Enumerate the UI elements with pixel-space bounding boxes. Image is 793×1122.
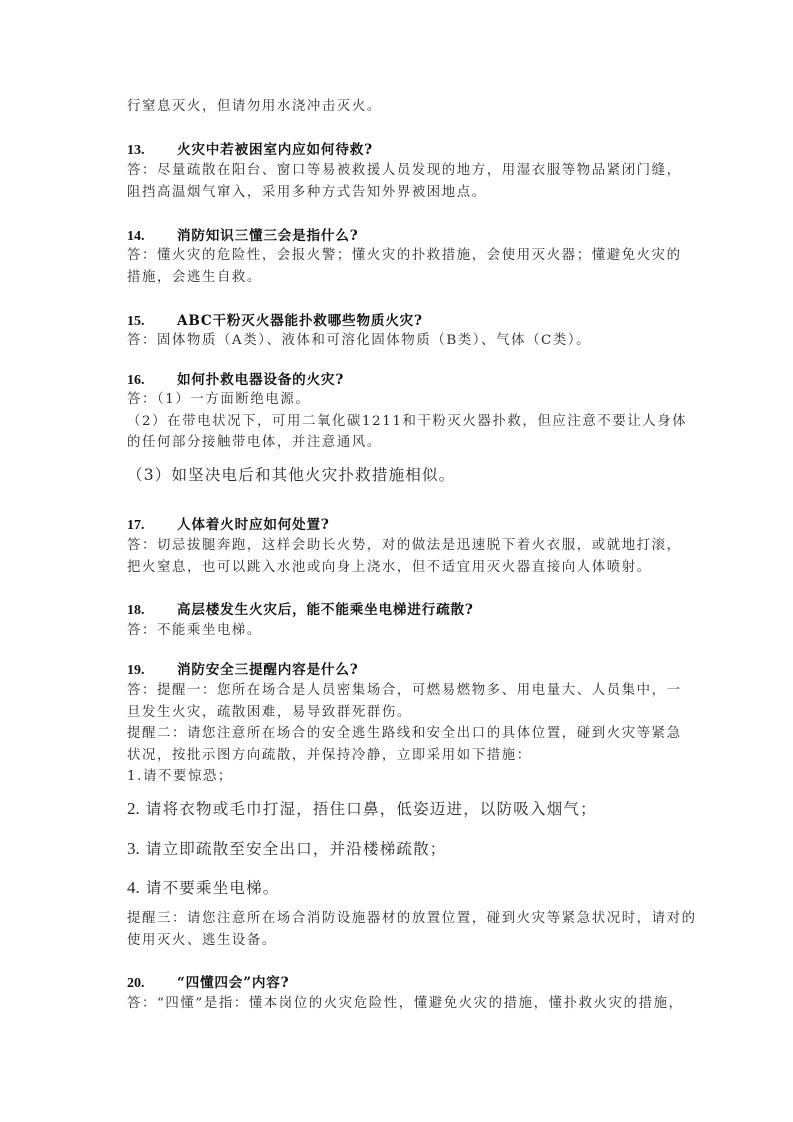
answer-line: 答：（1）一方面断绝电源。 bbox=[127, 391, 310, 409]
measure-number: 4. bbox=[127, 878, 140, 897]
question-17-heading: 17.人体着火时应如何处置? bbox=[127, 516, 330, 535]
question-15-heading: 15.ABC干粉灭火器能扑救哪些物质火灾? bbox=[127, 312, 423, 331]
answer-line: 的任何部分接触带电体，并注意通风。 bbox=[127, 434, 382, 452]
answer-line: （3）如坚决电后和其他火灾扑救措施相似。 bbox=[127, 466, 455, 484]
question-number: 20. bbox=[127, 975, 177, 993]
question-16-heading: 16.如何扑救电器设备的火灾? bbox=[127, 371, 344, 390]
answer-line: 答：切忌拔腿奔跑，这样会助长火势，对的做法是迅速脱下着火衣服，或就地打滚， bbox=[127, 537, 682, 555]
answer-line: 答：懂火灾的危险性，会报火警；懂火灾的扑救措施，会使用灭火器；懂避免火灾的 bbox=[127, 247, 682, 265]
measure-text: 请立即疏散至安全出口，并沿楼梯疏散； bbox=[146, 840, 447, 858]
question-13-heading: 13.火灾中若被困室内应如何待救? bbox=[127, 141, 373, 160]
question-number: 13. bbox=[127, 142, 177, 160]
question-20-heading: 20.“四懂四会”内容? bbox=[127, 974, 289, 993]
answer-line: 把火窒息，也可以跳入水池或向身上浇水，但不适宜用灭火器直接向人体喷射。 bbox=[127, 559, 652, 577]
measure-number: 2. bbox=[127, 799, 140, 818]
measure-item: 4. 请不要乘坐电梯。 bbox=[127, 879, 280, 897]
measure-text: 请不要乘坐电梯。 bbox=[146, 879, 280, 897]
question-title: “四懂四会”内容? bbox=[177, 975, 289, 991]
question-title: 消防安全三提醒内容是什么? bbox=[177, 662, 359, 678]
question-title: 高层楼发生火灾后，能不能乘坐电梯进行疏散? bbox=[177, 602, 474, 618]
answer-line: 使用灭火、逃生设备。 bbox=[127, 932, 277, 950]
continuation-text: 行窒息灭火，但请勿用水浇冲击灭火。 bbox=[127, 98, 382, 116]
document-page: 行窒息灭火，但请勿用水浇冲击灭火。 13.火灾中若被困室内应如何待救? 答：尽量… bbox=[0, 0, 793, 1122]
question-title: ABC干粉灭火器能扑救哪些物质火灾? bbox=[177, 313, 423, 329]
question-19-heading: 19.消防安全三提醒内容是什么? bbox=[127, 661, 359, 680]
answer-line: 答：提醒一：您所在场合是人员密集场合，可燃易燃物多、用电量大、人员集中，一 bbox=[127, 682, 682, 700]
answer-line: 阻挡高温烟气窜入，采用多种方式告知外界被困地点。 bbox=[127, 184, 487, 202]
answer-line: 措施，会逃生自救。 bbox=[127, 269, 262, 287]
answer-line: 旦发生火灾，疏散困难，易导致群死群伤。 bbox=[127, 704, 412, 722]
question-title: 如何扑救电器设备的火灾? bbox=[177, 372, 344, 388]
measure-item: 2. 请将衣物或毛巾打湿，捂住口鼻，低姿迈进，以防吸入烟气； bbox=[127, 800, 597, 818]
question-title: 消防知识三懂三会是指什么? bbox=[177, 228, 359, 244]
answer-line: 提醒二：请您注意所在场合的安全逃生路线和安全出口的具体位置，碰到火灾等紧急 bbox=[127, 725, 682, 743]
answer-line: 答：不能乘坐电梯。 bbox=[127, 622, 262, 640]
answer-line: （2）在带电状况下，可用二氧化碳1211和干粉灭火器扑救，但应注意不要让人身体 bbox=[127, 413, 687, 431]
answer-line: 答：“四懂”是指：懂本岗位的火灾危险性，懂避免火灾的措施，懂扑救火灾的措施， bbox=[127, 995, 684, 1013]
question-number: 17. bbox=[127, 517, 177, 535]
question-number: 19. bbox=[127, 662, 177, 680]
measure-number: 3. bbox=[127, 839, 140, 858]
question-number: 14. bbox=[127, 228, 177, 246]
question-14-heading: 14.消防知识三懂三会是指什么? bbox=[127, 227, 359, 246]
question-title: 人体着火时应如何处置? bbox=[177, 517, 330, 533]
answer-line: 答：固体物质（A类）、液体和可溶化固体物质（B类）、气体（C类）。 bbox=[127, 332, 591, 350]
question-title: 火灾中若被困室内应如何待救? bbox=[177, 142, 373, 158]
answer-line: 提醒三：请您注意所在场合消防设施器材的放置位置，碰到火灾等紧急状况时，请对的 bbox=[127, 910, 697, 928]
measure-text: 请将衣物或毛巾打湿，捂住口鼻，低姿迈进，以防吸入烟气； bbox=[146, 800, 597, 818]
answer-line: 1.请不要惊恐； bbox=[127, 768, 233, 786]
question-18-heading: 18.高层楼发生火灾后，能不能乘坐电梯进行疏散? bbox=[127, 601, 474, 620]
question-number: 16. bbox=[127, 372, 177, 390]
answer-line: 答：尽量疏散在阳台、窗口等易被救援人员发现的地方，用湿衣服等物品紧闭门缝， bbox=[127, 162, 682, 180]
answer-line: 状况，按批示图方向疏散，并保持冷静，立即采用如下措施： bbox=[127, 747, 532, 765]
question-number: 18. bbox=[127, 602, 177, 620]
measure-item: 3. 请立即疏散至安全出口，并沿楼梯疏散； bbox=[127, 840, 447, 858]
question-number: 15. bbox=[127, 313, 177, 331]
